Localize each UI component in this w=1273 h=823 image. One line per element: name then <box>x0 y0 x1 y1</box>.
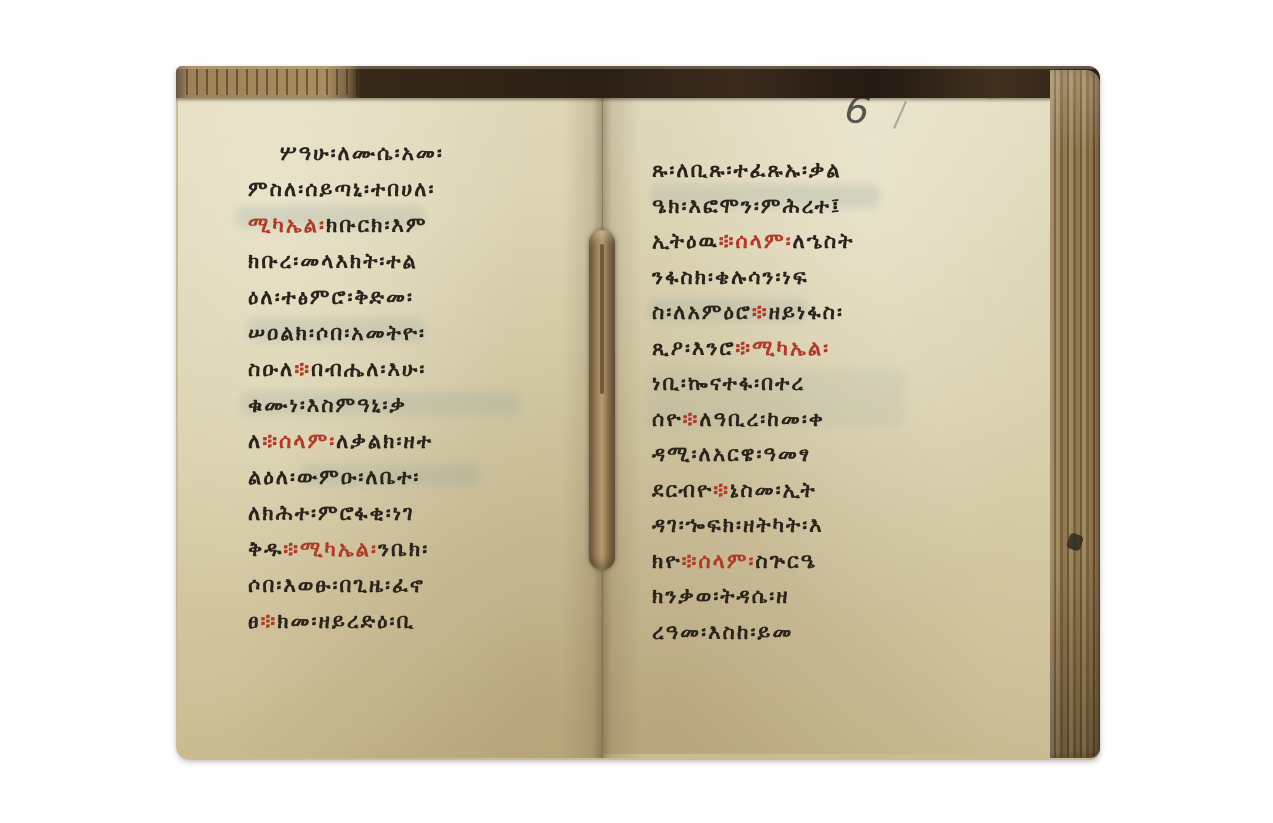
page-edges-shading <box>1050 70 1100 758</box>
geez-text: ዳገ፡ኈፍክ፡ዘትካት፡እ <box>652 513 824 537</box>
geez-text: ንፋስክ፡ቄሉሳን፡ነፍ <box>652 265 809 289</box>
geez-text: በብሔለ፡እሁ፡ <box>311 357 426 381</box>
geez-text: ጹ፡ለቢጹ፡ተፈጹኡ፡ቃል <box>652 158 842 182</box>
text-line: ዕለ፡ተፅምሮ፡ቅድመ፡ <box>248 282 414 312</box>
rubric-text: ፨ሰላም፡ <box>262 429 336 453</box>
geez-text: ዳሚ፡ለአርዌ፡ዓመፃ <box>652 442 811 466</box>
rubric-text: ፨ <box>752 300 769 324</box>
rubric-text: ፨ <box>260 609 277 633</box>
rubric-text: ፨ሚካኤል፡ <box>735 336 830 360</box>
text-line: ስ፡ለአምዕሮ፨ዘይነፋስ፡ <box>652 297 844 327</box>
gutter-shadow <box>562 94 642 758</box>
geez-text: ጺዖ፡እንሮ <box>652 336 735 360</box>
text-line: ዳሚ፡ለአርዌ፡ዓመፃ <box>652 439 811 469</box>
geez-text: ሠዐልክ፡ሶበ፡አመትዮ፡ <box>248 321 426 345</box>
geez-text: ነቢ፡ኰናተፋ፡በተረ <box>652 371 805 395</box>
geez-text: ክመ፡ዘይረድዕ፡ቢ <box>277 609 415 633</box>
text-line: ጹ፡ለቢጹ፡ተፈጹኡ፡ቃል <box>652 155 842 185</box>
rubric-text: ፨ሚካኤል፡ <box>283 537 378 561</box>
geez-text: ሶበ፡እወፁ፡በጊዜ፡ፈኖ <box>248 573 425 597</box>
text-line: ሚካኤል፡ክቡርክ፡እም <box>248 210 428 240</box>
geez-text: ልዕለ፡ውምዑ፡ለቤተ፡ <box>248 465 420 489</box>
binding-thong <box>589 230 615 570</box>
left-page-text-block: ሦዓሁ፡ለሙሴ፡አመ፡ምስለ፡ሰይጣኒ፡ተበሀለ፡ሚካኤል፡ክቡርክ፡እምክቡረ… <box>178 94 602 758</box>
text-line: ሠዐልክ፡ሶበ፡አመትዮ፡ <box>248 318 426 348</box>
text-line: ለ፨ሰላም፡ለቃልክ፡ዘተ <box>248 426 433 456</box>
rubric-text: ፨ሰላም፡ <box>682 549 756 573</box>
text-line: ዳገ፡ኈፍክ፡ዘትካት፡እ <box>652 510 824 540</box>
text-line: ፀ፨ክመ፡ዘይረድዕ፡ቢ <box>248 606 415 636</box>
geez-text: ረዓመ፡እስከ፡ይመ <box>652 620 793 644</box>
text-line: ሶበ፡እወፁ፡በጊዜ፡ፈኖ <box>248 570 425 600</box>
text-line: ሰዮ፨ለዓቢረ፡ከመ፡ቀ <box>652 404 825 434</box>
geez-text: ቅዱ <box>248 537 283 561</box>
geez-text: ለኄስት <box>793 229 855 253</box>
right-page: 6 ጹ፡ለቢጹ፡ተፈጹኡ፡ቃልዔክ፡እፎሞን፡ምሕረተ፤ኢትዕዉ፨ሰላም፡ለኄስ… <box>602 86 1050 754</box>
text-line: ክቡረ፡መላእክት፡ተል <box>248 246 418 276</box>
text-line: ረዓመ፡እስከ፡ይመ <box>652 617 793 647</box>
geez-text: ምስለ፡ሰይጣኒ፡ተበሀለ፡ <box>248 177 435 201</box>
text-line: ክንቃወ፡ትዳሴ፡ዘ <box>652 581 790 611</box>
geez-text: ፀ <box>248 609 260 633</box>
text-line: ንፋስክ፡ቄሉሳን፡ነፍ <box>652 262 809 292</box>
geez-text: ስዑለ <box>248 357 294 381</box>
rubric-text: ፨ሰላም፡ <box>719 229 793 253</box>
geez-text: ክቡረ፡መላእክት፡ተል <box>248 249 418 273</box>
text-line: ኢትዕዉ፨ሰላም፡ለኄስት <box>652 226 854 256</box>
geez-text: ቁሙነ፡እስምዓኒ፡ቃ <box>248 393 407 417</box>
binding-thong-slit <box>600 244 604 394</box>
rubric-text: ፨ <box>683 407 700 431</box>
left-page: ሦዓሁ፡ለሙሴ፡አመ፡ምስለ፡ሰይጣኒ፡ተበሀለ፡ሚካኤል፡ክቡርክ፡እምክቡረ… <box>178 94 602 758</box>
text-line: ምስለ፡ሰይጣኒ፡ተበሀለ፡ <box>248 174 435 204</box>
geez-text: ለክሕተ፡ምሮፋቂ፡ነገ <box>248 501 415 525</box>
page-edges-stack <box>1050 70 1100 758</box>
geez-text: ክቡርክ፡እም <box>326 213 428 237</box>
geez-text: ዔክ፡እፎሞን፡ምሕረተ፤ <box>652 194 841 218</box>
text-line: ቅዱ፨ሚካኤል፡ንቤክ፡ <box>248 534 429 564</box>
geez-text: ደርብዮ <box>652 478 713 502</box>
text-line: ልዕለ፡ውምዑ፡ለቤተ፡ <box>248 462 420 492</box>
geez-text: ንቤክ፡ <box>378 537 429 561</box>
rubric-text: ሚካኤል፡ <box>248 213 326 237</box>
rubric-text: ፨ <box>294 357 311 381</box>
geez-text: ለቃልክ፡ዘተ <box>336 429 433 453</box>
wood-grain <box>186 69 358 95</box>
geez-text: ሰዮ <box>652 407 683 431</box>
rubric-text: ፨ <box>713 478 730 502</box>
geez-text: ኢትዕዉ <box>652 229 719 253</box>
manuscript-book: ሦዓሁ፡ለሙሴ፡አመ፡ምስለ፡ሰይጣኒ፡ተበሀለ፡ሚካኤል፡ክቡርክ፡እምክቡረ… <box>176 66 1100 760</box>
text-line: ስዑለ፨በብሔለ፡እሁ፡ <box>248 354 426 384</box>
text-line: ለክሕተ፡ምሮፋቂ፡ነገ <box>248 498 415 528</box>
geez-text: ዕለ፡ተፅምሮ፡ቅድመ፡ <box>248 285 414 309</box>
text-line: ቁሙነ፡እስምዓኒ፡ቃ <box>248 390 407 420</box>
text-line: ሦዓሁ፡ለሙሴ፡አመ፡ <box>280 138 444 168</box>
geez-text: ኔስመ፡ኢት <box>730 478 817 502</box>
geez-text: ስጕርዔ <box>755 549 816 573</box>
geez-text: ክንቃወ፡ትዳሴ፡ዘ <box>652 584 790 608</box>
text-line: ጺዖ፡እንሮ፨ሚካኤል፡ <box>652 333 830 363</box>
text-line: ደርብዮ፨ኔስመ፡ኢት <box>652 475 817 505</box>
wooden-board-top <box>176 66 1100 98</box>
right-page-text-block: ጹ፡ለቢጹ፡ተፈጹኡ፡ቃልዔክ፡እፎሞን፡ምሕረተ፤ኢትዕዉ፨ሰላም፡ለኄስትን… <box>602 86 1050 754</box>
text-line: ነቢ፡ኰናተፋ፡በተረ <box>652 368 805 398</box>
text-line: ዔክ፡እፎሞን፡ምሕረተ፤ <box>652 191 841 221</box>
geez-text: ስ፡ለአምዕሮ <box>652 300 752 324</box>
geez-text: ዘይነፋስ፡ <box>769 300 844 324</box>
geez-text: ለ <box>248 429 262 453</box>
geez-text: ክዮ <box>652 549 682 573</box>
geez-text: ለዓቢረ፡ከመ፡ቀ <box>699 407 825 431</box>
geez-text: ሦዓሁ፡ለሙሴ፡አመ፡ <box>280 141 444 165</box>
text-line: ክዮ፨ሰላም፡ስጕርዔ <box>652 546 817 576</box>
photo-background: ሦዓሁ፡ለሙሴ፡አመ፡ምስለ፡ሰይጣኒ፡ተበሀለ፡ሚካኤል፡ክቡርክ፡እምክቡረ… <box>0 0 1273 823</box>
